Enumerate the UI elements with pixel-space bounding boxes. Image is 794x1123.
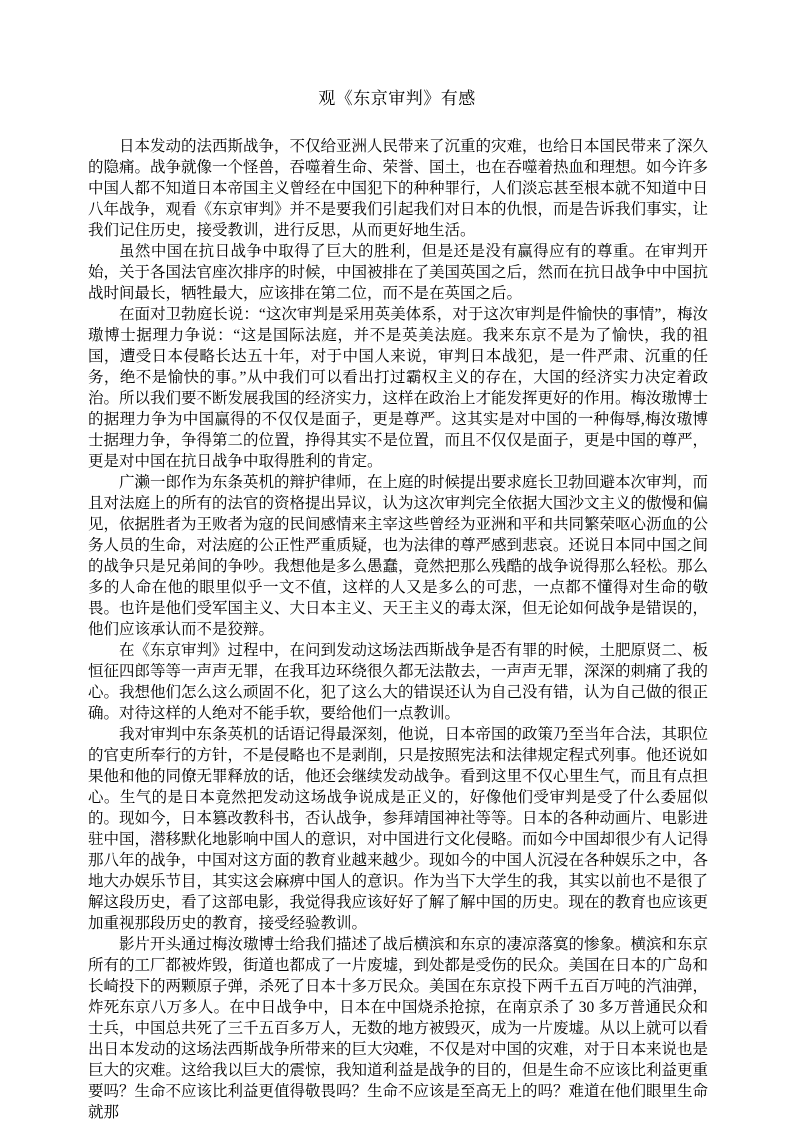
paragraph-war-devastation: 影片开头通过梅汝璈博士给我们描述了战后横滨和东京的凄凉落寞的惨象。横滨和东京所有… — [88, 934, 708, 1123]
document-page: 观《东京审判》有感 日本发动的法西斯战争，不仅给亚洲人民带来了沉重的灾难，也给日… — [0, 0, 794, 1123]
paragraph-intro: 日本发动的法西斯战争，不仅给亚洲人民带来了沉重的灾难，也给日本国民带来了深久的隐… — [88, 136, 708, 241]
page-number: 1 — [0, 1041, 794, 1059]
paragraph-mei-ruao-argument: 在面对卫勃庭长说：“这次审判是采用英美体系，对于这次审判是件愉快的事情”，梅汝璈… — [88, 304, 708, 472]
paragraph-defense-lawyer: 广濑一郎作为东条英机的辩护律师，在上庭的时候提出要求庭长卫勃回避本次审判，而且对… — [88, 472, 708, 640]
paragraph-tojo-remarks: 我对审判中东条英机的话语记得最深刻，他说，日本帝国的政策乃至当年合法，其职位的官… — [88, 724, 708, 934]
paragraph-seat-order: 虽然中国在抗日战争中取得了巨大的胜利，但是还是没有赢得应有的尊重。在审判开始，关… — [88, 241, 708, 304]
document-title: 观《东京审判》有感 — [0, 88, 794, 110]
document-body: 日本发动的法西斯战争，不仅给亚洲人民带来了沉重的灾难，也给日本国民带来了深久的隐… — [88, 136, 708, 1123]
paragraph-not-guilty-pleas: 在《东京审判》过程中，在问到发动这场法西斯战争是否有罪的时候，土肥原贤二、板恒征… — [88, 640, 708, 724]
